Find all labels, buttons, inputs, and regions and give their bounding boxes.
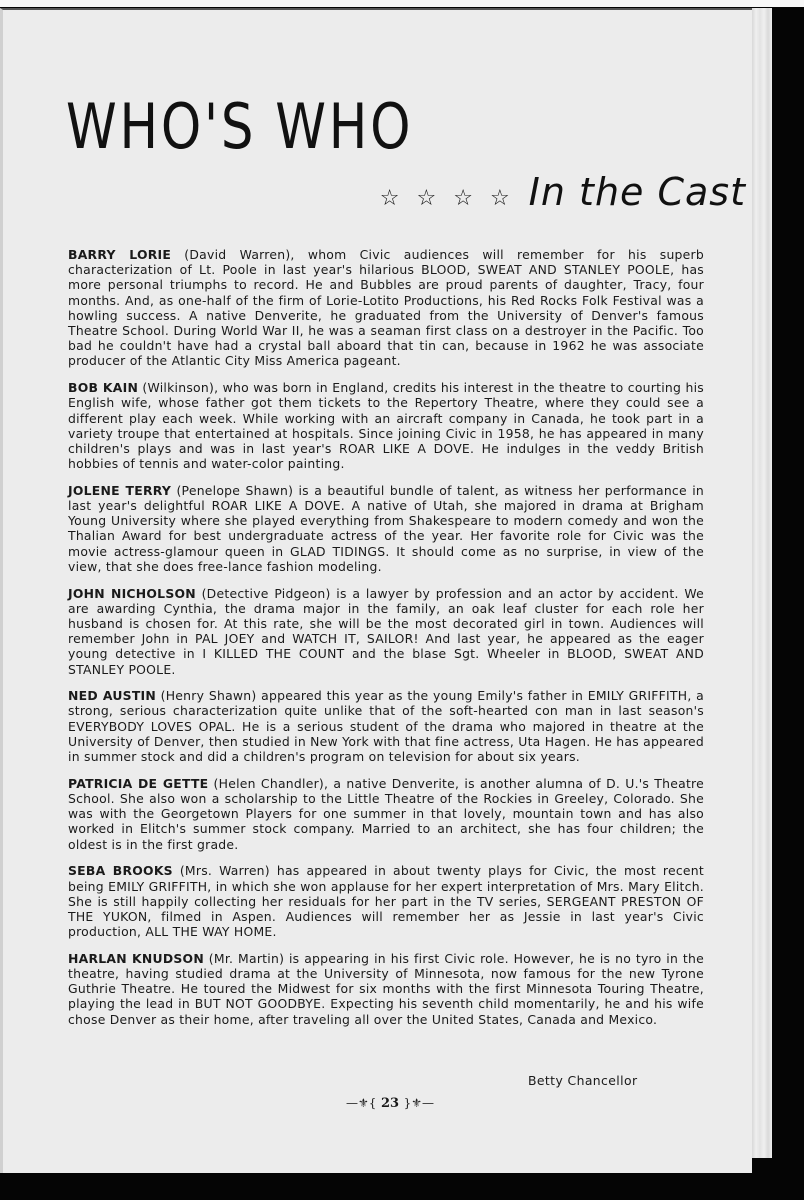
- cast-name: JOLENE TERRY: [68, 483, 171, 498]
- star-icon: ☆: [453, 186, 473, 211]
- bio-paragraph: SEBA BROOKS (Mrs. Warren) has appeared i…: [68, 863, 704, 939]
- cast-name: BOB KAIN: [68, 380, 138, 395]
- star-icon: ☆: [380, 186, 400, 211]
- cast-name: SEBA BROOKS: [68, 863, 173, 878]
- bio-paragraph: BARRY LORIE (David Warren), whom Civic a…: [68, 247, 704, 369]
- subtitle-text: In the Cast: [529, 170, 746, 214]
- author-signature: Betty Chancellor: [528, 1073, 637, 1088]
- cast-name: HARLAN KNUDSON: [68, 951, 204, 966]
- ornament-right-icon: }⚜—: [404, 1096, 434, 1110]
- bio-paragraph: JOLENE TERRY (Penelope Shawn) is a beaut…: [68, 483, 704, 574]
- cast-name: NED AUSTIN: [68, 688, 156, 703]
- page-stack-edge: [752, 8, 772, 1158]
- bio-text: (Wilkinson), who was born in England, cr…: [68, 380, 704, 471]
- bio-paragraph: JOHN NICHOLSON (Detective Pidgeon) is a …: [68, 586, 704, 677]
- page-number-value: 23: [381, 1096, 399, 1111]
- scan-top-margin: [0, 0, 804, 7]
- cast-name: JOHN NICHOLSON: [68, 586, 196, 601]
- bio-text: (David Warren), whom Civic audiences wil…: [68, 247, 704, 368]
- cast-name: BARRY LORIE: [68, 247, 171, 262]
- cast-bios: BARRY LORIE (David Warren), whom Civic a…: [68, 247, 704, 1038]
- bio-paragraph: HARLAN KNUDSON (Mr. Martin) is appearing…: [68, 951, 704, 1027]
- bio-text: (Henry Shawn) appeared this year as the …: [68, 688, 704, 764]
- bio-paragraph: PATRICIA DE GETTE (Helen Chandler), a na…: [68, 776, 704, 852]
- ornament-left-icon: —⚜{: [346, 1096, 376, 1110]
- star-icon: ☆: [416, 186, 436, 211]
- page-subtitle: ☆ ☆ ☆ ☆ In the Cast: [380, 170, 746, 214]
- bio-paragraph: NED AUSTIN (Henry Shawn) appeared this y…: [68, 688, 704, 764]
- page-title: WHO'S WHO: [66, 90, 413, 163]
- star-icon: ☆: [490, 186, 510, 211]
- page-number: —⚜{ 23 }⚜—: [340, 1096, 440, 1111]
- cast-name: PATRICIA DE GETTE: [68, 776, 208, 791]
- bio-paragraph: BOB KAIN (Wilkinson), who was born in En…: [68, 380, 704, 471]
